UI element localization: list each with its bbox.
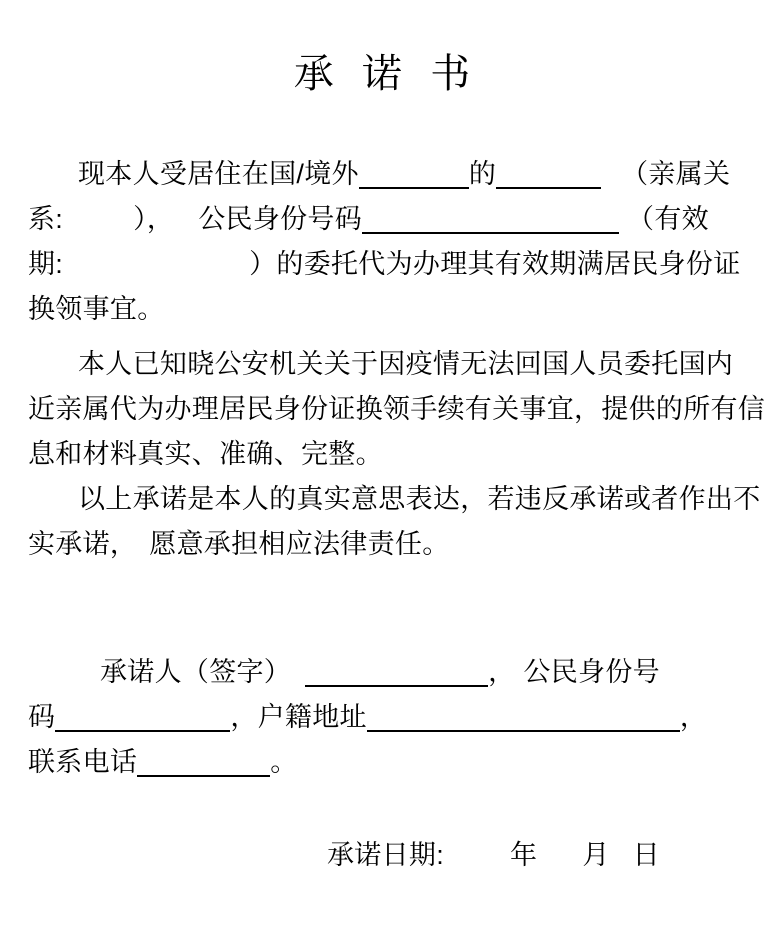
text-segment: 换领事宜。 [28,294,165,324]
text-segment: ）的委托代为办理其有效期满居民身份证 [249,249,740,279]
text-segment: 现本人受居住在国/境外 [78,159,359,189]
document-title: 承 诺 书 [0,48,766,100]
text-segment: 本人已知晓公安机关关于因疫情无法回国人员委托国内 [78,349,733,379]
document-page: 承 诺 书 现本人受居住在国/境外的（亲属关系:），公民身份号码（有效期:）的委… [0,0,766,938]
spacer [63,272,249,273]
text-segment: ，户籍地址 [230,702,367,732]
text-line: 换领事宜。 [28,287,754,332]
text-line: 期:）的委托代为办理其有效期满居民身份证 [28,242,754,287]
text-line: 息和材料真实、准确、完整。 [28,432,754,477]
text-segment: 息和材料真实、准确、完整。 [28,439,383,469]
blank-underline-field [55,724,230,732]
text-segment: ）， [133,204,174,234]
blank-underline-field [305,679,488,687]
spacer [137,552,149,553]
text-line: 承诺人（签字），公民身份号 [28,650,754,695]
spacer [619,227,627,228]
spacer [610,863,633,864]
text-segment: （有效 [627,204,709,234]
text-segment: （亲属关 [621,159,730,189]
text-line: 现本人受居住在国/境外的（亲属关 [28,152,754,197]
paragraph-acknowledgement: 本人已知晓公安机关关于因疫情无法回国人员委托国内近亲属代为办理居民身份证换领手续… [28,342,754,477]
paragraph-declaration: 以上承诺是本人的真实意思表达，若违反承诺或者作出不实承诺，愿意承担相应法律责任。 [28,477,754,567]
signature-block: 承诺人（签字），公民身份号码，户籍地址，联系电话。 [28,650,754,785]
text-line: 本人已知晓公安机关关于因疫情无法回国人员委托国内 [28,342,754,387]
text-segment: ， [488,657,515,687]
paragraph-delegation: 现本人受居住在国/境外的（亲属关系:），公民身份号码（有效期:）的委托代为办理其… [28,152,754,332]
text-segment: 承诺人（签字） [100,657,291,687]
blank-underline-field [362,226,619,234]
text-segment: 月 [582,840,609,870]
text-segment: 的 [469,159,496,189]
spacer [601,182,621,183]
text-segment: 实承诺， [28,529,137,559]
blank-underline-field [367,724,680,732]
text-segment: 公民身份号 [523,657,660,687]
spacer [63,227,133,228]
text-segment: 系: [28,204,63,234]
text-segment: 日 [633,840,660,870]
text-segment: 以上承诺是本人的真实意思表达，若违反承诺或者作出不 [78,484,761,514]
blank-underline-field [496,181,601,189]
blank-underline-field [359,181,469,189]
text-line: 实承诺，愿意承担相应法律责任。 [28,522,754,567]
text-segment: 愿意承担相应法律责任。 [149,529,449,559]
text-line: 近亲属代为办理居民身份证换领手续有关事宜，提供的所有信 [28,387,754,432]
text-segment: 承诺日期: [327,840,444,870]
spacer [537,863,582,864]
text-segment: 码 [28,702,55,732]
date-block: 承诺日期:年月日 [28,833,754,878]
text-segment: 联系电话 [28,747,137,777]
text-segment: ， [680,702,707,732]
text-line: 以上承诺是本人的真实意思表达，若违反承诺或者作出不 [28,477,754,522]
text-line: 联系电话。 [28,740,754,785]
text-segment: 期: [28,249,63,279]
text-segment: 年 [510,840,537,870]
spacer [444,863,510,864]
text-line: 系:），公民身份号码（有效 [28,197,754,242]
blank-underline-field [137,769,270,777]
document-body: 现本人受居住在国/境外的（亲属关系:），公民身份号码（有效期:）的委托代为办理其… [0,152,766,878]
text-segment: 公民身份号码 [198,204,362,234]
text-line: 承诺日期:年月日 [28,833,754,878]
text-segment: 。 [270,747,297,777]
spacer [291,680,305,681]
text-line: 码，户籍地址， [28,695,754,740]
spacer [174,227,198,228]
text-segment: 近亲属代为办理居民身份证换领手续有关事宜，提供的所有信 [28,394,765,424]
